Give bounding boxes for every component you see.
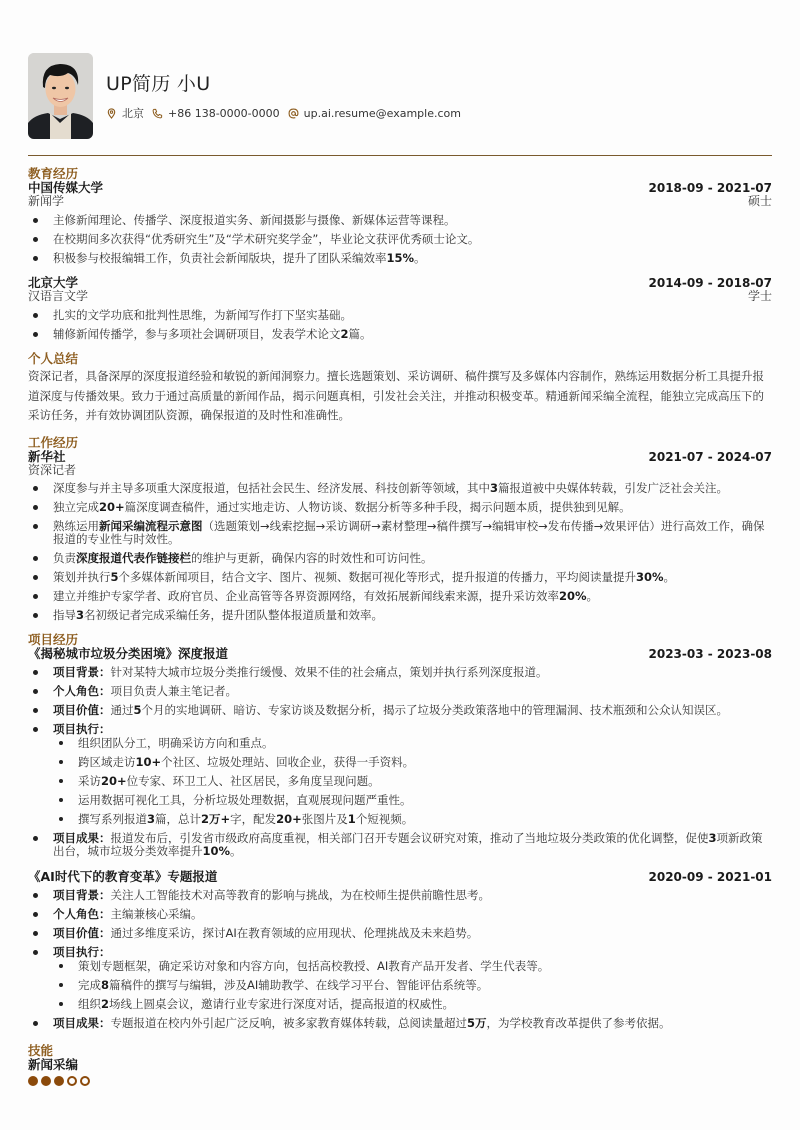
projects-section: 项目经历 《揭秘城市垃圾分类困境》深度报道 2023-03 - 2023-08 … xyxy=(28,633,772,1030)
company-name: 新华社 xyxy=(28,450,76,464)
project-bullet: 个人角色：项目负责人兼主笔记者。 xyxy=(28,685,772,698)
project-name: 《揭秘城市垃圾分类困境》深度报道 xyxy=(28,647,228,661)
resume-body: 教育经历 中国传媒大学 新闻学 2018-09 - 2021-07 硕士 主修新… xyxy=(28,167,772,1086)
work-bullet: 建立并维护专家学者、政府官员、企业高管等各界资源网络，有效拓展新闻线索来源，提升… xyxy=(28,590,772,603)
section-title-work: 工作经历 xyxy=(28,436,772,450)
section-title-education: 教育经历 xyxy=(28,167,772,181)
execution-step: 撰写系列报道3篇，总计2万+字，配发20+张图片及1个短视频。 xyxy=(53,813,772,826)
work-bullet: 深度参与并主导多项重大深度报道，包括社会民生、经济发展、科技创新等领域，其中3篇… xyxy=(28,482,772,495)
major: 汉语言文学 xyxy=(28,290,88,303)
education-bullet: 积极参与校报编辑工作，负责社会新闻版块，提升了团队采编效率15%。 xyxy=(28,252,772,265)
project-bullet: 个人角色：主编兼核心采编。 xyxy=(28,908,772,921)
execution-step: 完成8篇稿件的撰写与编辑，涉及AI辅助教学、在线学习平台、智能评估系统等。 xyxy=(53,979,772,992)
degree: 硕士 xyxy=(649,195,773,208)
execution-step: 策划专题框架，确定采访对象和内容方向，包括高校教授、AI教育产品开发者、学生代表… xyxy=(53,960,772,973)
work-bullet: 指导3名初级记者完成采编任务，提升团队整体报道质量和效率。 xyxy=(28,609,772,622)
header-divider xyxy=(28,155,772,156)
contact-location: 北京 xyxy=(106,105,144,121)
project-item: 《揭秘城市垃圾分类困境》深度报道 2023-03 - 2023-08 项目背景：… xyxy=(28,647,772,858)
work-bullet: 独立完成20+篇深度调查稿件，通过实地走访、人物访谈、数据分析等多种手段，揭示问… xyxy=(28,501,772,514)
project-bullet: 项目背景：关注人工智能技术对高等教育的影响与挑战，为在校师生提供前瞻性思考。 xyxy=(28,889,772,902)
education-date: 2018-09 - 2021-07 xyxy=(649,181,773,195)
work-bullet: 策划并执行5个多媒体新闻项目，结合文字、图片、视频、数据可视化等形式，提升报道的… xyxy=(28,571,772,584)
section-title-projects: 项目经历 xyxy=(28,633,772,647)
location-pin-icon xyxy=(106,108,117,119)
email-link[interactable]: up.ai.resume@example.com xyxy=(304,107,461,120)
section-title-skills: 技能 xyxy=(28,1044,772,1058)
phone-text[interactable]: +86 138-0000-0000 xyxy=(168,107,280,120)
education-section: 教育经历 中国传媒大学 新闻学 2018-09 - 2021-07 硕士 主修新… xyxy=(28,167,772,341)
work-bullet: 熟练运用新闻采编流程示意图（选题策划→线索挖掘→采访调研→素材整理→稿件撰写→编… xyxy=(28,520,772,546)
school-name: 北京大学 xyxy=(28,276,88,290)
work-section: 工作经历 新华社 资深记者 2021-07 - 2024-07 深度参与并主导多… xyxy=(28,436,772,622)
at-sign-icon xyxy=(288,108,299,119)
education-date: 2014-09 - 2018-07 xyxy=(649,276,773,290)
project-name: 《AI时代下的教育变革》专题报道 xyxy=(28,870,217,884)
execution-step: 采访20+位专家、环卫工人、社区居民，多角度呈现问题。 xyxy=(53,775,772,788)
location-text: 北京 xyxy=(122,105,144,121)
skill-name: 新闻采编 xyxy=(28,1058,772,1072)
execution-step: 组织团队分工，明确采访方向和重点。 xyxy=(53,737,772,750)
execution-step: 跨区域走访10+个社区、垃圾处理站、回收企业，获得一手资料。 xyxy=(53,756,772,769)
education-item: 北京大学 汉语言文学 2014-09 - 2018-07 学士 扎实的文学功底和… xyxy=(28,276,772,341)
skill-dot-filled xyxy=(54,1076,64,1086)
summary-section: 个人总结 资深记者，具备深厚的深度报道经验和敏锐的新闻洞察力。擅长选题策划、采访… xyxy=(28,352,772,426)
project-item: 《AI时代下的教育变革》专题报道 2020-09 - 2021-01 项目背景：… xyxy=(28,870,772,1030)
skill-dot-empty xyxy=(67,1076,77,1086)
candidate-name: UP简历 小U xyxy=(106,69,469,96)
project-bullet: 项目执行： 组织团队分工，明确采访方向和重点。 跨区域走访10+个社区、垃圾处理… xyxy=(28,723,772,826)
execution-step: 运用数据可视化工具，分析垃圾处理数据，直观展现问题严重性。 xyxy=(53,794,772,807)
skills-section: 技能 新闻采编 xyxy=(28,1044,772,1086)
skill-dot-filled xyxy=(28,1076,38,1086)
degree: 学士 xyxy=(649,290,773,303)
project-date: 2020-09 - 2021-01 xyxy=(649,870,773,884)
job-role: 资深记者 xyxy=(28,464,76,477)
contact-email: up.ai.resume@example.com xyxy=(288,107,461,120)
work-bullet: 负责深度报道代表作链接栏的维护与更新，确保内容的时效性和可访问性。 xyxy=(28,552,772,565)
phone-icon xyxy=(152,108,163,119)
project-date: 2023-03 - 2023-08 xyxy=(649,647,773,661)
avatar-photo xyxy=(28,53,93,139)
education-bullet: 扎实的文学功底和批判性思维，为新闻写作打下坚实基础。 xyxy=(28,309,772,322)
project-bullet: 项目价值：通过多维度采访，探讨AI在教育领域的应用现状、伦理挑战及未来趋势。 xyxy=(28,927,772,940)
education-bullet: 主修新闻理论、传播学、深度报道实务、新闻摄影与摄像、新媒体运营等课程。 xyxy=(28,214,772,227)
skill-dot-empty xyxy=(80,1076,90,1086)
skill-level-rating xyxy=(28,1076,772,1086)
project-bullet: 项目背景：针对某特大城市垃圾分类推行缓慢、效果不佳的社会痛点，策划并执行系列深度… xyxy=(28,666,772,679)
section-title-summary: 个人总结 xyxy=(28,352,772,366)
major: 新闻学 xyxy=(28,195,103,208)
education-bullet: 在校期间多次获得“优秀研究生”及“学术研究奖学金”，毕业论文获评优秀硕士论文。 xyxy=(28,233,772,246)
education-bullet: 辅修新闻传播学，参与多项社会调研项目，发表学术论文2篇。 xyxy=(28,328,772,341)
skill-dot-filled xyxy=(41,1076,51,1086)
contact-info: 北京 +86 138-0000-0000 up.ai.resume@exampl… xyxy=(106,105,469,121)
resume-header: UP简历 小U 北京 +86 138-0000-0000 up.ai.resum… xyxy=(28,53,469,139)
project-bullet: 项目价值：通过5个月的实地调研、暗访、专家访谈及数据分析，揭示了垃圾分类政策落地… xyxy=(28,704,772,717)
project-bullet: 项目执行： 策划专题框架，确定采访对象和内容方向，包括高校教授、AI教育产品开发… xyxy=(28,946,772,1011)
project-bullet: 项目成果：专题报道在校内外引起广泛反响，被多家教育媒体转载，总阅读量超过5万，为… xyxy=(28,1017,772,1030)
summary-text: 资深记者，具备深厚的深度报道经验和敏锐的新闻洞察力。擅长选题策划、采访调研、稿件… xyxy=(28,367,772,426)
contact-phone: +86 138-0000-0000 xyxy=(152,107,280,120)
school-name: 中国传媒大学 xyxy=(28,181,103,195)
execution-step: 组织2场线上圆桌会议，邀请行业专家进行深度对话，提高报道的权威性。 xyxy=(53,998,772,1011)
project-bullet: 项目成果：报道发布后，引发省市级政府高度重视，相关部门召开专题会议研究对策，推动… xyxy=(28,832,772,858)
education-item: 中国传媒大学 新闻学 2018-09 - 2021-07 硕士 主修新闻理论、传… xyxy=(28,181,772,265)
work-date: 2021-07 - 2024-07 xyxy=(649,450,773,464)
